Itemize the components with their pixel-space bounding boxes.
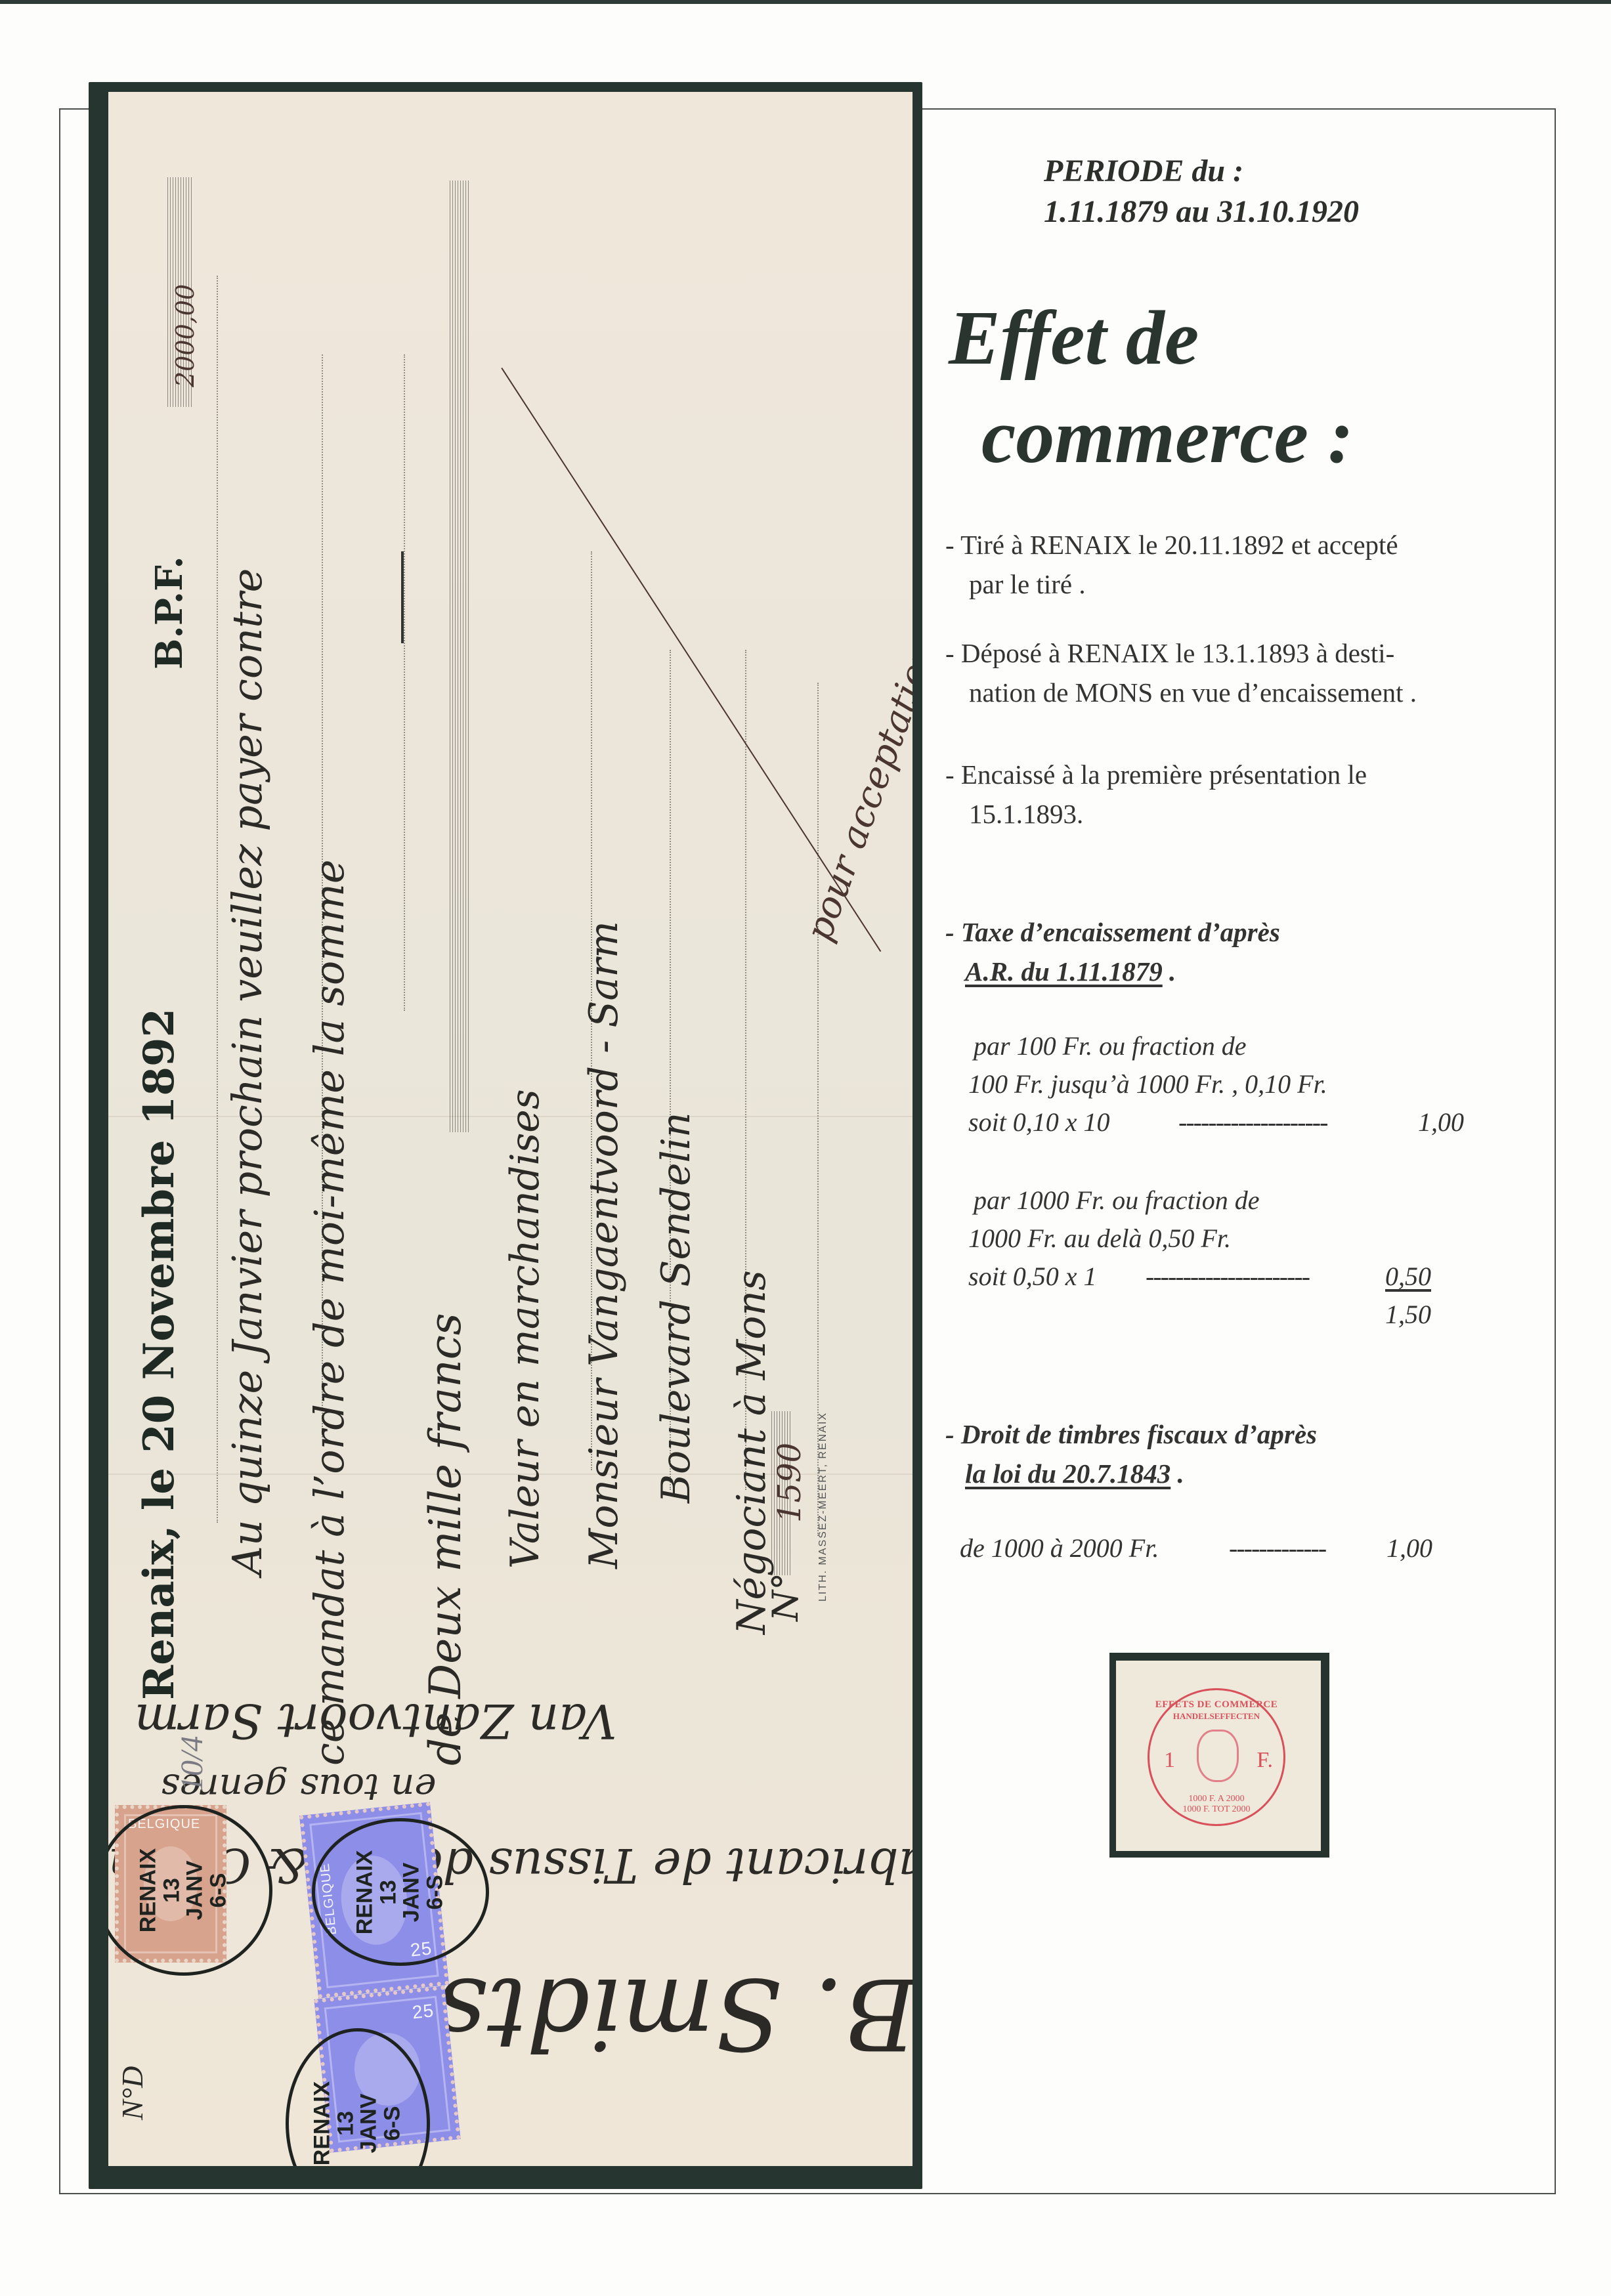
tax-rule-2: par 1000 Fr. ou fraction de 1000 Fr. au … [968, 1181, 1260, 1334]
page-title: Effet de commerce : [949, 289, 1354, 486]
seal-value: 1 [1164, 1748, 1175, 1773]
title-line-1: Effet de [949, 295, 1199, 381]
acceptance-signature: pour acceptation [798, 635, 913, 947]
history-item: - Tiré à RENAIX le 20.11.1892 et accepté… [945, 525, 1398, 604]
place-date: Renaix, le 20 Novembre 1892 [135, 1008, 184, 1700]
dotted-rule [217, 276, 218, 1523]
leader-dashes: ------------- [1229, 1529, 1325, 1567]
seal-text: 1000 F. TOT 2000 [1149, 1804, 1283, 1815]
tax-total: 1,50 [1385, 1296, 1431, 1334]
heading-text: - Droit de timbres fiscaux d’après [945, 1419, 1317, 1449]
printer-imprint: LITH. MASSEZ-MEERT, RENAIX [817, 1412, 829, 1602]
fiscal-duty-heading: - Droit de timbres fiscaux d’après la lo… [945, 1414, 1317, 1493]
seal-text: EFFETS DE COMMERCE [1149, 1699, 1283, 1711]
bill-number: 1590 [771, 1443, 808, 1523]
rule-text: par 100 Fr. ou fraction de [968, 1027, 1327, 1065]
collection-tax-heading: - Taxe d’encaissement d’après A.R. du 1.… [945, 912, 1280, 991]
coat-of-arms-icon [1197, 1730, 1239, 1782]
history-text: par le tiré . [945, 564, 1398, 604]
dotted-rule [404, 354, 405, 1011]
number-label: N° [765, 1573, 806, 1621]
amount-dash [401, 551, 404, 643]
title-line-2: commerce : [949, 387, 1354, 486]
history-text: 15.1.1893. [945, 794, 1367, 834]
rule-amount: 0,50 [1385, 1258, 1431, 1296]
heading-end: . [1171, 1458, 1184, 1489]
rule-text: de 1000 à 2000 Fr. [960, 1533, 1159, 1563]
rule-calc: soit 0,10 x 10 [968, 1107, 1110, 1137]
order-line: ce mandat à l’ordre de moi-même la somme [305, 859, 353, 1766]
history-item: - Encaissé à la première présentation le… [945, 755, 1367, 834]
acceptance-stroke [501, 368, 881, 952]
history-text: nation de MONS en vue d’encaissement . [945, 673, 1417, 712]
history-text: - Encaissé à la première présentation le [945, 759, 1367, 790]
period-heading: PERIODE du : 1.11.1879 au 31.10.1920 [1044, 151, 1359, 232]
heading-reference: A.R. du 1.11.1879 [965, 956, 1163, 987]
heading-reference: la loi du 20.7.1843 [965, 1458, 1171, 1489]
top-border [0, 0, 1611, 4]
history-text: - Déposé à RENAIX le 13.1.1893 à desti- [945, 638, 1394, 668]
pencil-mark: 10/4 [174, 1736, 210, 1792]
pay-line: Au quinze Janvier prochain veuillez paye… [223, 568, 271, 1575]
seal-value: F. [1257, 1748, 1273, 1773]
amount-hatch-box [450, 181, 471, 1132]
tax-rule-1: par 100 Fr. ou fraction de 100 Fr. jusqu… [968, 1027, 1327, 1141]
rule-text: par 1000 Fr. ou fraction de [968, 1181, 1260, 1220]
dotted-rule [817, 683, 819, 1536]
history-item: - Déposé à RENAIX le 13.1.1893 à desti- … [945, 633, 1417, 712]
bpf-label: B.P.F. [148, 556, 191, 670]
rule-amount: 1,00 [1418, 1103, 1464, 1141]
fiscal-duty-rule: de 1000 à 2000 Fr. ------------- 1,00 [960, 1529, 1159, 1567]
period-range: 1.11.1879 au 31.10.1920 [1044, 192, 1359, 232]
addressee-line-1: Monsieur Vangaentvoord - Sarm [581, 921, 627, 1569]
period-label: PERIODE du : [1044, 151, 1359, 192]
addressee-line-2: Boulevard Sendelin [653, 1112, 699, 1503]
seal-text: HANDELSEFFECTEN [1149, 1711, 1283, 1722]
pencil-mark: N°D [115, 2066, 150, 2120]
rule-amount: 1,00 [1386, 1529, 1432, 1567]
seal-text: 1000 F. A 2000 [1149, 1794, 1283, 1804]
history-text: - Tiré à RENAIX le 20.11.1892 et accepté [945, 530, 1398, 560]
postmark-cancel: RENAIX 13 JANV 6-S [312, 1818, 489, 1966]
fiscal-stamp: EFFETS DE COMMERCE HANDELSEFFECTEN 1 F. … [1116, 1661, 1321, 1851]
heading-end: . [1163, 956, 1176, 987]
value-line: Valeur en marchandises [502, 1089, 548, 1569]
amount-figure: 2000,00 [171, 284, 200, 387]
postmark-cancel: RENAIX 13 JANV 6-S [108, 1805, 272, 1976]
leader-dashes: -------------------- [1178, 1103, 1327, 1141]
rule-text: 1000 Fr. au delà 0,50 Fr. [968, 1220, 1260, 1258]
rule-calc: soit 0,50 x 1 [968, 1262, 1097, 1291]
drawer-signature: J.B. Smidts [437, 1956, 913, 2070]
leader-dashes: ---------------------- [1146, 1258, 1309, 1296]
bill-of-exchange: Renaix, le 20 Novembre 1892 B.P.F. 2000,… [108, 92, 913, 2166]
heading-text: - Taxe d’encaissement d’après [945, 917, 1280, 947]
fiscal-seal: EFFETS DE COMMERCE HANDELSEFFECTEN 1 F. … [1148, 1688, 1285, 1826]
rule-text: 100 Fr. jusqu’à 1000 Fr. , 0,10 Fr. [968, 1065, 1327, 1103]
